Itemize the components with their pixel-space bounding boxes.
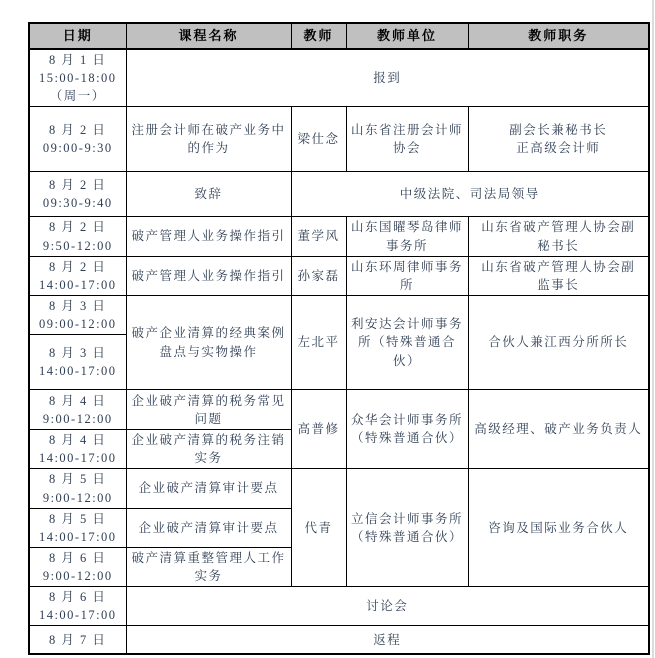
- col-header-teacher: 教师: [291, 23, 346, 49]
- date-cell: 8 月 4 日 9:00-12:00: [29, 390, 126, 430]
- teacher-cell: 梁仕念: [291, 107, 346, 172]
- date-cell: 8 月 7 日: [29, 626, 126, 654]
- date-cell: 8 月 1 日 15:00-18:00 （周一）: [29, 49, 126, 107]
- teacher-cell: 高普修: [291, 390, 346, 469]
- date-cell: 8 月 2 日 09:30-9:40: [29, 172, 126, 217]
- date-cell: 8 月 5 日 14:00-17:00: [29, 508, 126, 547]
- event-cell: 讨论会: [126, 587, 649, 626]
- course-cell: 破产管理人业务操作指引: [126, 256, 291, 295]
- table-row: 8 月 1 日 15:00-18:00 （周一） 报到: [29, 49, 649, 107]
- page: 日期 课程名称 教师 教师单位 教师职务 8 月 1 日 15:00-18:00…: [0, 0, 655, 658]
- table-row: 8 月 2 日 9:50-12:00 破产管理人业务操作指引 董学风 山东国曜琴…: [29, 217, 649, 256]
- page-edge-line: [652, 0, 654, 658]
- event-cell: 报到: [126, 49, 649, 107]
- table-row: 8 月 2 日 09:00-9:30 注册会计师在破产业务中 的作为 梁仕念 山…: [29, 107, 649, 172]
- course-cell: 企业破产清算审计要点: [126, 508, 291, 547]
- teacher-cell: 代青: [291, 469, 346, 587]
- unit-cell: 山东省注册会计师 协会: [346, 107, 468, 172]
- title-cell: 副会长兼秘书长 正高级会计师: [468, 107, 649, 172]
- title-cell: 山东省破产管理人协会副 秘书长: [468, 217, 649, 256]
- unit-cell: 利安达会计师事务 所（特殊普通合伙）: [346, 295, 468, 389]
- date-cell: 8 月 2 日 14:00-17:00: [29, 256, 126, 295]
- course-cell: 致辞: [126, 172, 291, 217]
- table-row: 8 月 7 日 返程: [29, 626, 649, 654]
- unit-cell: 立信会计师事务所 （特殊普通合伙）: [346, 469, 468, 587]
- note-cell: 中级法院、司法局领导: [291, 172, 649, 217]
- teacher-cell: 董学风: [291, 217, 346, 256]
- title-cell: 咨询及国际业务合伙人: [468, 469, 649, 587]
- col-header-title: 教师职务: [468, 23, 649, 49]
- date-cell: 8 月 6 日 14:00-17:00: [29, 587, 126, 626]
- course-cell: 破产管理人业务操作指引: [126, 217, 291, 256]
- col-header-course: 课程名称: [126, 23, 291, 49]
- date-cell: 8 月 2 日 9:50-12:00: [29, 217, 126, 256]
- table-row: 8 月 5 日 9:00-12:00 企业破产清算审计要点 代青 立信会计师事务…: [29, 469, 649, 508]
- unit-cell: 山东国曜琴岛律师 事务所: [346, 217, 468, 256]
- unit-cell: 众华会计师事务所 （特殊普通合伙）: [346, 390, 468, 469]
- course-schedule-table: 日期 课程名称 教师 教师单位 教师职务 8 月 1 日 15:00-18:00…: [28, 22, 650, 655]
- course-cell: 企业破产清算的税务注销 实务: [126, 430, 291, 469]
- unit-cell: 山东环周律师事务 所: [346, 256, 468, 295]
- title-cell: 高级经理、破产业务负责人: [468, 390, 649, 469]
- course-cell: 破产清算重整管理人工作 实务: [126, 547, 291, 586]
- table-row: 8 月 3 日 09:00-12:00 破产企业清算的经典案例 盘点与实物操作 …: [29, 295, 649, 334]
- course-cell: 注册会计师在破产业务中 的作为: [126, 107, 291, 172]
- course-cell: 企业破产清算审计要点: [126, 469, 291, 508]
- teacher-cell: 左北平: [291, 295, 346, 389]
- date-cell: 8 月 6 日 9:00-12:00: [29, 547, 126, 586]
- table-row: 8 月 4 日 9:00-12:00 企业破产清算的税务常见 问题 高普修 众华…: [29, 390, 649, 430]
- col-header-unit: 教师单位: [346, 23, 468, 49]
- title-cell: 山东省破产管理人协会副 监事长: [468, 256, 649, 295]
- date-cell: 8 月 5 日 9:00-12:00: [29, 469, 126, 508]
- table-row: 8 月 2 日 14:00-17:00 破产管理人业务操作指引 孙家磊 山东环周…: [29, 256, 649, 295]
- date-cell: 8 月 4 日 14:00-17:00: [29, 430, 126, 469]
- table-row: 8 月 2 日 09:30-9:40 致辞 中级法院、司法局领导: [29, 172, 649, 217]
- date-cell: 8 月 3 日 14:00-17:00: [29, 335, 126, 390]
- date-cell: 8 月 3 日 09:00-12:00: [29, 295, 126, 334]
- course-cell: 企业破产清算的税务常见 问题: [126, 390, 291, 430]
- header-row: 日期 课程名称 教师 教师单位 教师职务: [29, 23, 649, 49]
- date-cell: 8 月 2 日 09:00-9:30: [29, 107, 126, 172]
- title-cell: 合伙人兼江西分所所长: [468, 295, 649, 389]
- teacher-cell: 孙家磊: [291, 256, 346, 295]
- event-cell: 返程: [126, 626, 649, 654]
- course-cell: 破产企业清算的经典案例 盘点与实物操作: [126, 295, 291, 389]
- table-row: 8 月 6 日 14:00-17:00 讨论会: [29, 587, 649, 626]
- col-header-date: 日期: [29, 23, 126, 49]
